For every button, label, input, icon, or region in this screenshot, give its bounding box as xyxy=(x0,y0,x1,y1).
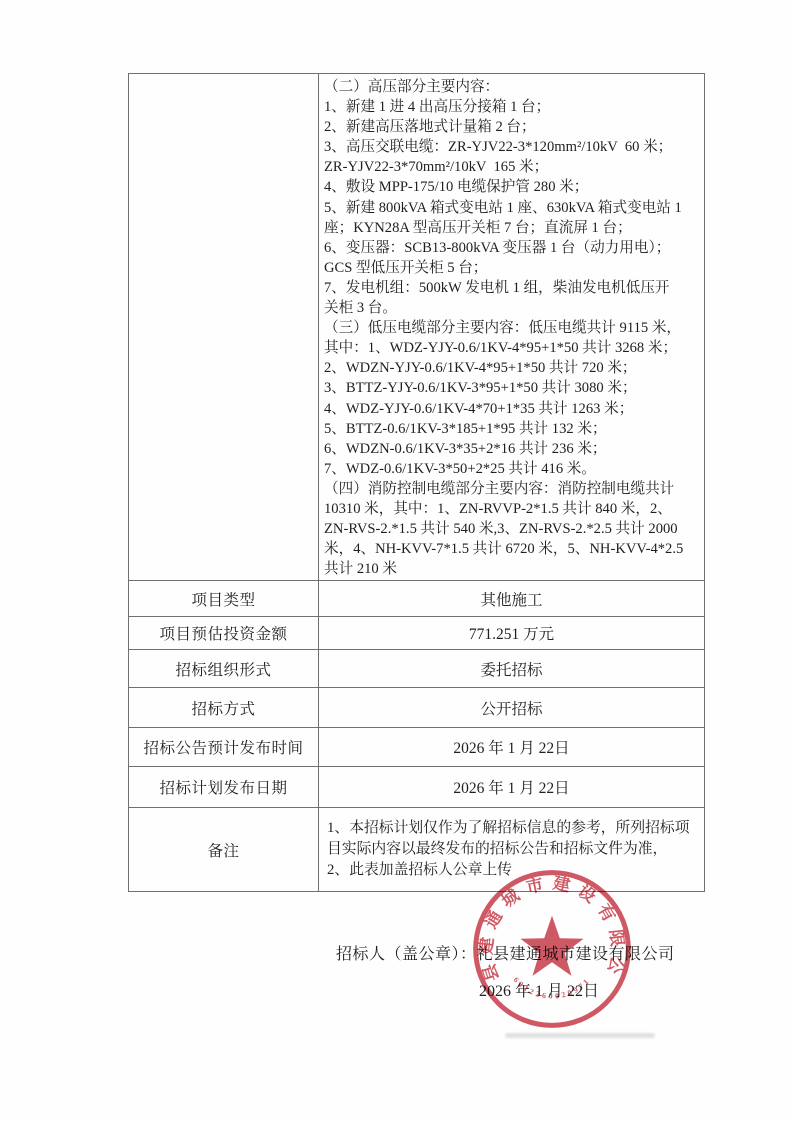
bidding-plan-table: （二）高压部分主要内容： 1、新建 1 进 4 出高压分接箱 1 台； 2、新建… xyxy=(128,73,705,892)
project-type-label: 项目类型 xyxy=(129,581,319,616)
notice-publish-time-label: 招标公告预计发布时间 xyxy=(129,728,319,766)
table-row-bidding-method: 招标方式 公开招标 xyxy=(129,688,704,728)
table-row-organization-form: 招标组织形式 委托招标 xyxy=(129,650,704,688)
notice-publish-time-value: 2026 年 1 月 22日 xyxy=(319,728,704,766)
document-page: （二）高压部分主要内容： 1、新建 1 进 4 出高压分接箱 1 台； 2、新建… xyxy=(0,0,793,1122)
table-row-remarks: 备注 1、本招标计划仅作为了解招标信息的参考，所列招标项 目实际内容以最终发布的… xyxy=(129,808,704,891)
project-content-text: （二）高压部分主要内容： 1、新建 1 进 4 出高压分接箱 1 台； 2、新建… xyxy=(319,74,704,580)
scan-artifact-smudge xyxy=(505,1033,655,1038)
table-row-plan-publish-date: 招标计划发布日期 2026 年 1 月 22日 xyxy=(129,767,704,808)
organization-form-label: 招标组织形式 xyxy=(129,650,319,687)
bidding-method-value: 公开招标 xyxy=(319,688,704,727)
signature-date-line: 2026 年 1 月 22日 xyxy=(479,978,599,1001)
table-row-project-type: 项目类型 其他施工 xyxy=(129,581,704,617)
remarks-label: 备注 xyxy=(129,808,319,891)
table-row-estimated-investment: 项目预估投资金额 771.251 万元 xyxy=(129,617,704,650)
estimated-investment-value: 771.251 万元 xyxy=(319,617,704,649)
organization-form-value: 委托招标 xyxy=(319,650,704,687)
estimated-investment-label: 项目预估投资金额 xyxy=(129,617,319,649)
bidding-method-label: 招标方式 xyxy=(129,688,319,727)
plan-publish-date-value: 2026 年 1 月 22日 xyxy=(319,767,704,807)
project-content-label-cell xyxy=(129,74,319,580)
remarks-text: 1、本招标计划仅作为了解招标信息的参考，所列招标项 目实际内容以最终发布的招标公… xyxy=(319,808,704,891)
tenderer-signature-line: 招标人（盖公章）：礼县建通城市建设有限公司 xyxy=(336,941,675,964)
plan-publish-date-label: 招标计划发布日期 xyxy=(129,767,319,807)
table-row-project-content: （二）高压部分主要内容： 1、新建 1 进 4 出高压分接箱 1 台； 2、新建… xyxy=(129,74,704,581)
project-type-value: 其他施工 xyxy=(319,581,704,616)
table-row-notice-publish-time: 招标公告预计发布时间 2026 年 1 月 22日 xyxy=(129,728,704,767)
